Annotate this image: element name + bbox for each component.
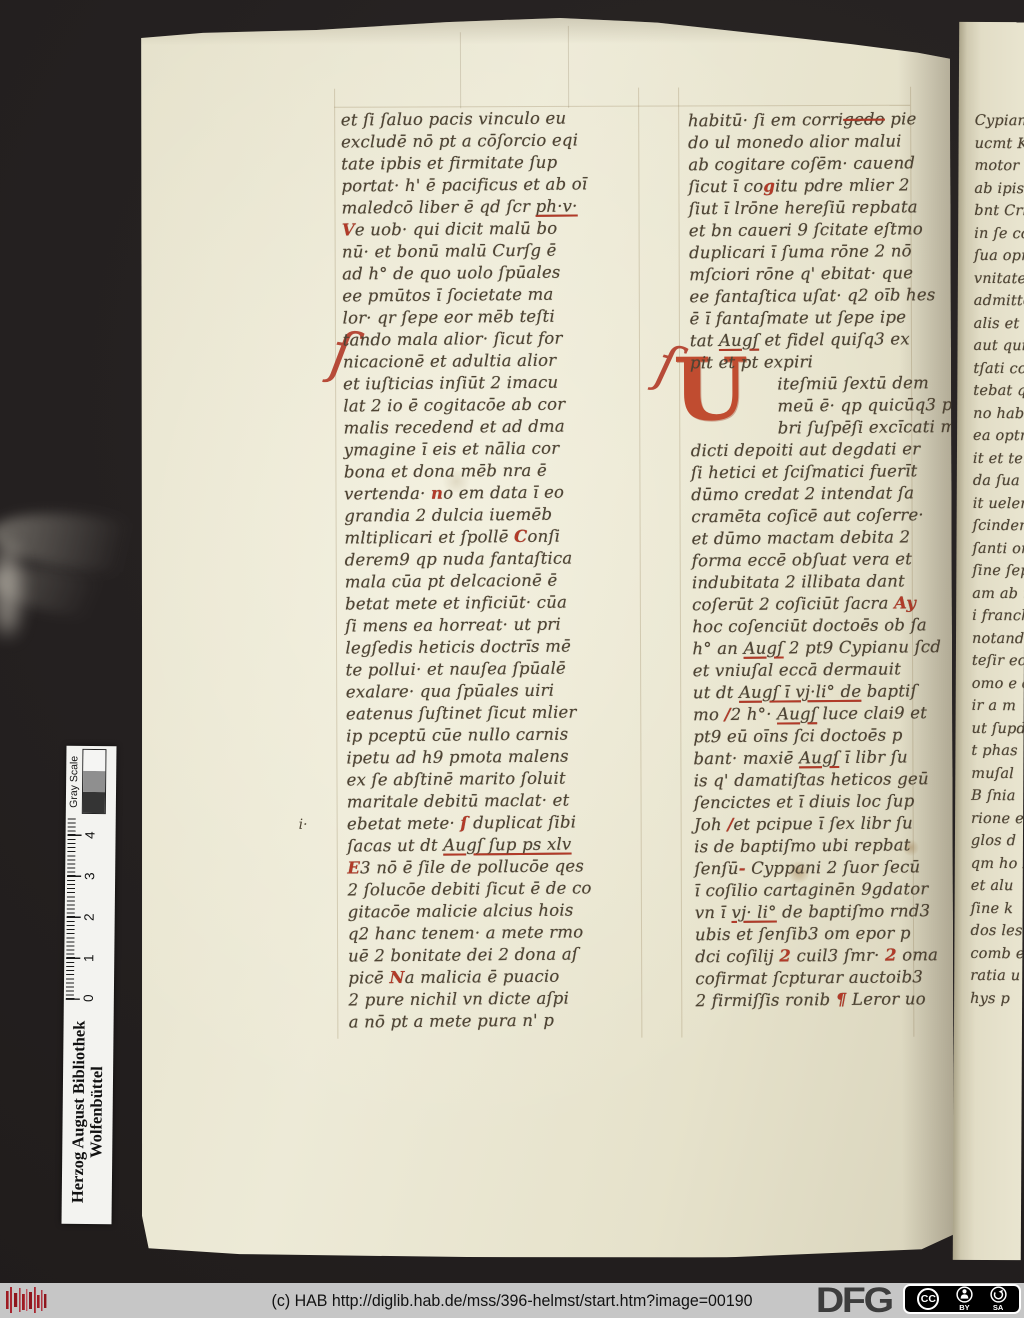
manuscript-text-line: ſanti or	[972, 537, 1024, 560]
manuscript-page: ſ ſ i· U et ſi ſaluo pacis vinculo euexc…	[138, 17, 954, 1260]
manuscript-text-line: tebat qu	[973, 380, 1024, 403]
ruler-number: 2	[82, 913, 97, 921]
cc-by-block: BY	[956, 1286, 973, 1312]
manuscript-text-line: da ſua e	[973, 470, 1024, 493]
manuscript-text-line: ir a m	[972, 695, 1024, 718]
manuscript-text-line: ipetu ad h9 pmota malens	[346, 745, 656, 770]
manuscript-text-line: a nō pt a mete pura n' p	[349, 1009, 659, 1034]
manuscript-text-line: ad h° de quo uolo ſpūales	[342, 261, 652, 286]
manuscript-text-line: ea optm	[973, 425, 1024, 448]
manuscript-text-line: muſal	[971, 762, 1024, 785]
by-label: BY	[959, 1304, 969, 1312]
manuscript-text-line: ymagine ī eis et nālia cor	[344, 437, 654, 462]
ruler-number: 0	[81, 994, 96, 1002]
manuscript-text-line: ſcindend	[973, 515, 1024, 538]
manuscript-text-line: tſati cor	[973, 357, 1024, 380]
manuscript-text-line: Ve uob· qui dicit malū bo	[342, 217, 652, 242]
manuscript-text-line: it ueler	[973, 492, 1024, 515]
manuscript-text-line: bona et dona mēb nra ē	[344, 459, 654, 484]
manuscript-text-line: eatenus ſuſtinet ſicut mlier	[346, 701, 656, 726]
manuscript-text-line: bnt Cri	[974, 200, 1024, 223]
manuscript-text-line: te pollui· et nauſea ſpūalē	[346, 657, 656, 682]
manuscript-text-line: ex ſe abſtinē marito ſoluit	[346, 767, 656, 792]
manuscript-text-line: hys p	[970, 987, 1024, 1010]
manuscript-text-line: notand	[972, 627, 1024, 650]
manuscript-text-line: ip pceptū cūe nullo carnis	[346, 723, 656, 748]
ruling-line	[678, 88, 682, 1038]
manuscript-text-line: ſua opn	[974, 245, 1024, 268]
swatch-mid	[83, 771, 105, 792]
sa-label: SA	[993, 1304, 1003, 1312]
manuscript-text-line: ſine ſep	[972, 560, 1024, 583]
swatch-dark	[83, 792, 105, 813]
ruler-number: 1	[81, 954, 96, 962]
manuscript-text-line: ee pmūtos ī ſocietate ma	[342, 283, 652, 308]
manuscript-text-line: t phas	[971, 740, 1024, 763]
ruler-number: 4	[83, 831, 98, 839]
gutter-shadow	[898, 17, 954, 1257]
manuscript-text-line: 2 ſolucōe debiti ſicut ē de co	[347, 877, 657, 902]
ruler-number: 3	[82, 872, 97, 880]
manuscript-text-line: teſir eo	[972, 650, 1024, 673]
manuscript-text-line: picē Na malicia ē puacio	[348, 965, 658, 990]
light-flare	[0, 558, 141, 628]
manuscript-text-line: alis et	[974, 312, 1024, 335]
manuscript-text-line: ucmt K	[975, 132, 1024, 155]
manuscript-text-line: legſedis heticis doctrīs mē	[345, 635, 655, 660]
cc-sa-block: SA	[990, 1286, 1007, 1312]
manuscript-text-line: rione e	[971, 807, 1024, 830]
manuscript-text-line: qm ho 2	[971, 852, 1024, 875]
manuscript-text-line: ratia u	[970, 965, 1024, 988]
ruler-major-ticks	[66, 818, 82, 1000]
manuscript-text-line: maledcō liber ē qd ſcr ph·v·	[342, 195, 652, 220]
manuscript-text-line: vertenda· no em data ī eo	[344, 481, 654, 506]
manuscript-text-line: in ſe cor	[974, 222, 1024, 245]
reference-scale-card: Herzog August Bibliothek Wolfenbüttel 01…	[61, 746, 116, 1224]
manuscript-text-line: ebetat mete· ſ duplicat ſibi	[347, 811, 657, 836]
manuscript-text-line: vnitate	[974, 267, 1024, 290]
digitized-manuscript-viewer: ſ ſ i· U et ſi ſaluo pacis vinculo euexc…	[0, 0, 1024, 1318]
manuscript-text-line: dos les	[970, 920, 1024, 943]
gray-scale-label: Gray Scale	[68, 756, 81, 808]
manuscript-text-line: ut ſupd	[971, 717, 1024, 740]
gray-scale-swatches	[82, 749, 107, 814]
manuscript-text-line: 2 pure nichil vn dicte aſpi	[348, 987, 658, 1012]
manuscript-text-line: tando mala alior· ſicut for	[343, 327, 653, 352]
manuscript-text-line: ab ipis	[974, 177, 1024, 200]
attribution-bar: (c) HAB http://diglib.hab.de/mss/396-hel…	[0, 1283, 1024, 1318]
person-icon	[956, 1286, 973, 1303]
manuscript-text-line: i franch	[972, 605, 1024, 628]
share-alike-icon	[990, 1286, 1007, 1303]
manuscript-text-line: no habu	[973, 402, 1024, 425]
manuscript-text-line: et iuſticias inſiūt 2 imacu	[343, 371, 653, 396]
ruler-numbers: 01234	[81, 818, 103, 1000]
cc-icon: CC	[917, 1288, 939, 1310]
manuscript-text-line: derem9 qp nuda fantaſtica	[345, 547, 655, 572]
marginal-note: i·	[299, 817, 308, 833]
text-column-left: et ſi ſaluo pacis vinculo euexcludē nō p…	[341, 107, 659, 1034]
institution-city: Wolfenbüttel	[86, 1000, 106, 1224]
institution-label: Herzog August Bibliothek Wolfenbüttel	[61, 1000, 113, 1225]
manuscript-text-line: motor	[974, 155, 1024, 178]
manuscript-text-line: excludē nō pt a cōſorcio eqi	[341, 129, 651, 154]
manuscript-text-line: B ſnia	[971, 785, 1024, 808]
manuscript-text-line: portat· h' ē pacificus et ab oī	[341, 173, 651, 198]
manuscript-text-line: aut qui	[973, 335, 1024, 358]
manuscript-text-line: omo e d	[972, 672, 1024, 695]
manuscript-text-line: mala cūa pt delcacionē ē	[345, 569, 655, 594]
gray-scale-patch: Gray Scale	[66, 746, 117, 819]
swatch-light	[83, 750, 105, 771]
manuscript-text-line: mltiplicari et ſpollē Conſi	[344, 525, 654, 550]
manuscript-text-line: maritale debitū maclat· et	[347, 789, 657, 814]
facing-page-text: Cypianiucmt Kmotorab ipisbnt Criin ſe co…	[970, 110, 1024, 1010]
manuscript-text-line: lat 2 io ē cogitacōe ab cor	[343, 393, 653, 418]
manuscript-text-line: nū· et bonū malū Curſg ē	[342, 239, 652, 264]
manuscript-text-line: E3 nō ē ſile de pollucōe qes	[347, 855, 657, 880]
centimeter-ruler: 01234	[64, 818, 116, 1001]
color-calibration-mark	[5, 1285, 53, 1316]
manuscript-text-line: betat mete et inficiūt· cūa	[345, 591, 655, 616]
copyright-url: (c) HAB http://diglib.hab.de/mss/396-hel…	[272, 1291, 753, 1311]
ruling-line	[334, 89, 338, 1039]
manuscript-text-line: ſi mens ea horreat· ut pri	[345, 613, 655, 638]
manuscript-text-line: et ſi ſaluo pacis vinculo eu	[341, 107, 651, 132]
manuscript-text-line: et alu	[971, 875, 1024, 898]
manuscript-text-line: comb e	[970, 942, 1024, 965]
manuscript-text-line: gitacōe malicie alcius hois	[348, 899, 658, 924]
manuscript-text-line: it et ter	[973, 447, 1024, 470]
page-edge-shadow	[138, 17, 950, 46]
manuscript-text-line: grandia 2 dulcia iuemēb	[344, 503, 654, 528]
facing-page-edge: Cypianiucmt Kmotorab ipisbnt Criin ſe co…	[953, 22, 1024, 1260]
manuscript-text-line: nicacionē et adultia alior	[343, 349, 653, 374]
manuscript-text-line: am ab n	[972, 582, 1024, 605]
manuscript-text-line: uē 2 bonitate dei 2 dona aſ	[348, 943, 658, 968]
manuscript-text-line: ſine k	[971, 897, 1024, 920]
manuscript-text-line: malis recedend et ad dma	[343, 415, 653, 440]
manuscript-text-line: Cypiani	[975, 110, 1024, 133]
manuscript-text-line: tate ipbis et firmitate ſup	[341, 151, 651, 176]
light-flare	[0, 545, 20, 635]
manuscript-text-line: ſacas ut dt Augſ ſup ps xlv	[347, 833, 657, 858]
cc-license-badge: CC BY SA	[903, 1284, 1021, 1314]
manuscript-text-line: exalare· qua ſpūales uiri	[346, 679, 656, 704]
manuscript-text-line: lor· qr ſepe eor mēb teſti	[342, 305, 652, 330]
manuscript-text-line: glos d	[971, 830, 1024, 853]
manuscript-text-line: admittel	[974, 290, 1024, 313]
manuscript-text-line: q2 hanc tenem· a mete rmo	[348, 921, 658, 946]
dfg-logo: DFG	[816, 1281, 892, 1318]
